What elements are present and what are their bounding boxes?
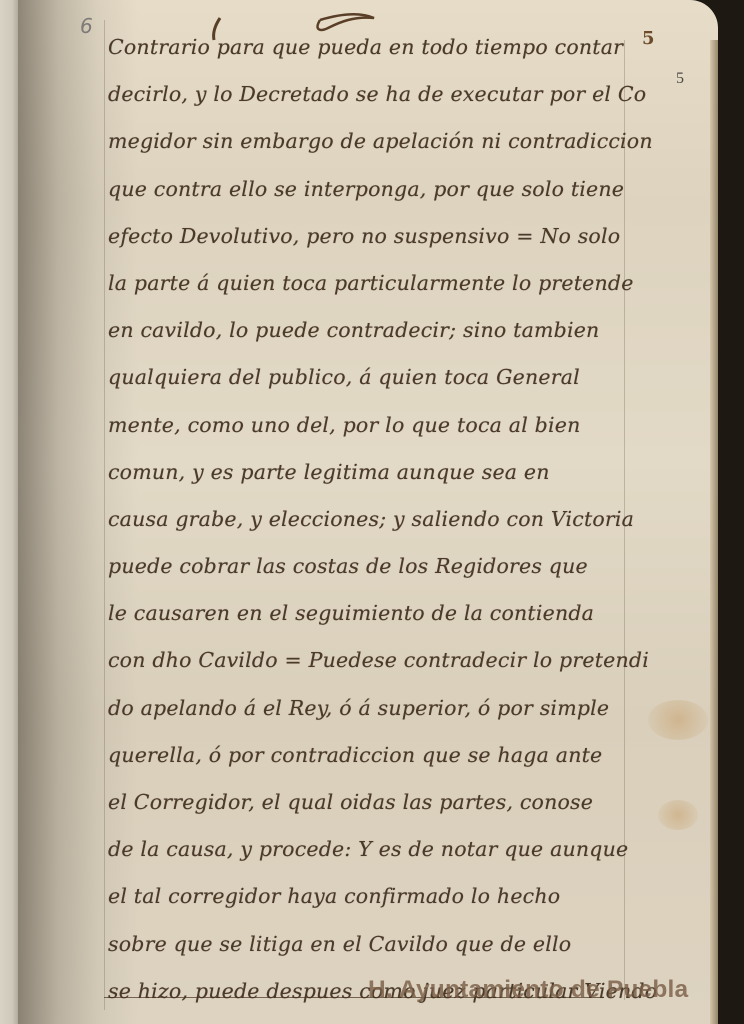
scanned-manuscript: 6 5 5 Contrario para que pueda en todo t…	[0, 0, 744, 1024]
archive-watermark: H. Ayuntamiento de Puebla	[368, 976, 688, 1004]
text-line: el Corregidor, el qual oidas las partes,…	[108, 777, 638, 824]
text-line: decirlo, y lo Decretado se ha de executa…	[108, 69, 638, 116]
text-line: en cavildo, lo puede contradecir; sino t…	[108, 305, 638, 352]
text-line: puede cobrar las costas de los Regidores…	[108, 541, 638, 588]
text-line: querella, ó por contradiccion que se hag…	[108, 730, 638, 777]
paper-stain	[658, 800, 698, 830]
text-line: le causaren en el seguimiento de la cont…	[108, 588, 638, 635]
text-line: qualquiera del publico, á quien toca Gen…	[108, 352, 638, 399]
folio-number-pencil: 6	[80, 14, 93, 38]
text-line: mente, como uno del, por lo que toca al …	[108, 400, 638, 447]
text-line: el tal corregidor haya confirmado lo hec…	[108, 871, 638, 918]
page-edge-shadow	[710, 40, 718, 1024]
text-line: comun, y es parte legitima aunque sea en	[108, 447, 638, 494]
folio-number-stamp: 5	[676, 70, 684, 88]
text-line: la parte á quien toca particularmente lo…	[108, 258, 638, 305]
manuscript-text: Contrario para que pueda en todo tiempo …	[108, 22, 638, 1013]
text-line: sobre que se litiga en el Cavildo que de…	[108, 919, 638, 966]
text-line: do apelando á el Rey, ó á superior, ó po…	[108, 683, 638, 730]
text-line: que contra ello se interponga, por que s…	[108, 164, 638, 211]
left-margin-rule	[104, 20, 105, 1010]
text-line: con dho Cavildo = Puedese contradecir lo…	[108, 635, 638, 682]
text-line: de la causa, y procede: Y es de notar qu…	[108, 824, 638, 871]
folio-number-ink: 5	[642, 28, 655, 49]
text-line: causa grabe, y elecciones; y saliendo co…	[108, 494, 638, 541]
facing-page-edge	[0, 0, 20, 1024]
text-line: efecto Devolutivo, pero no suspensivo = …	[108, 211, 638, 258]
text-line: Contrario para que pueda en todo tiempo …	[108, 22, 638, 69]
paper-stain	[648, 700, 708, 740]
text-line: megidor sin embargo de apelación ni cont…	[108, 116, 638, 163]
